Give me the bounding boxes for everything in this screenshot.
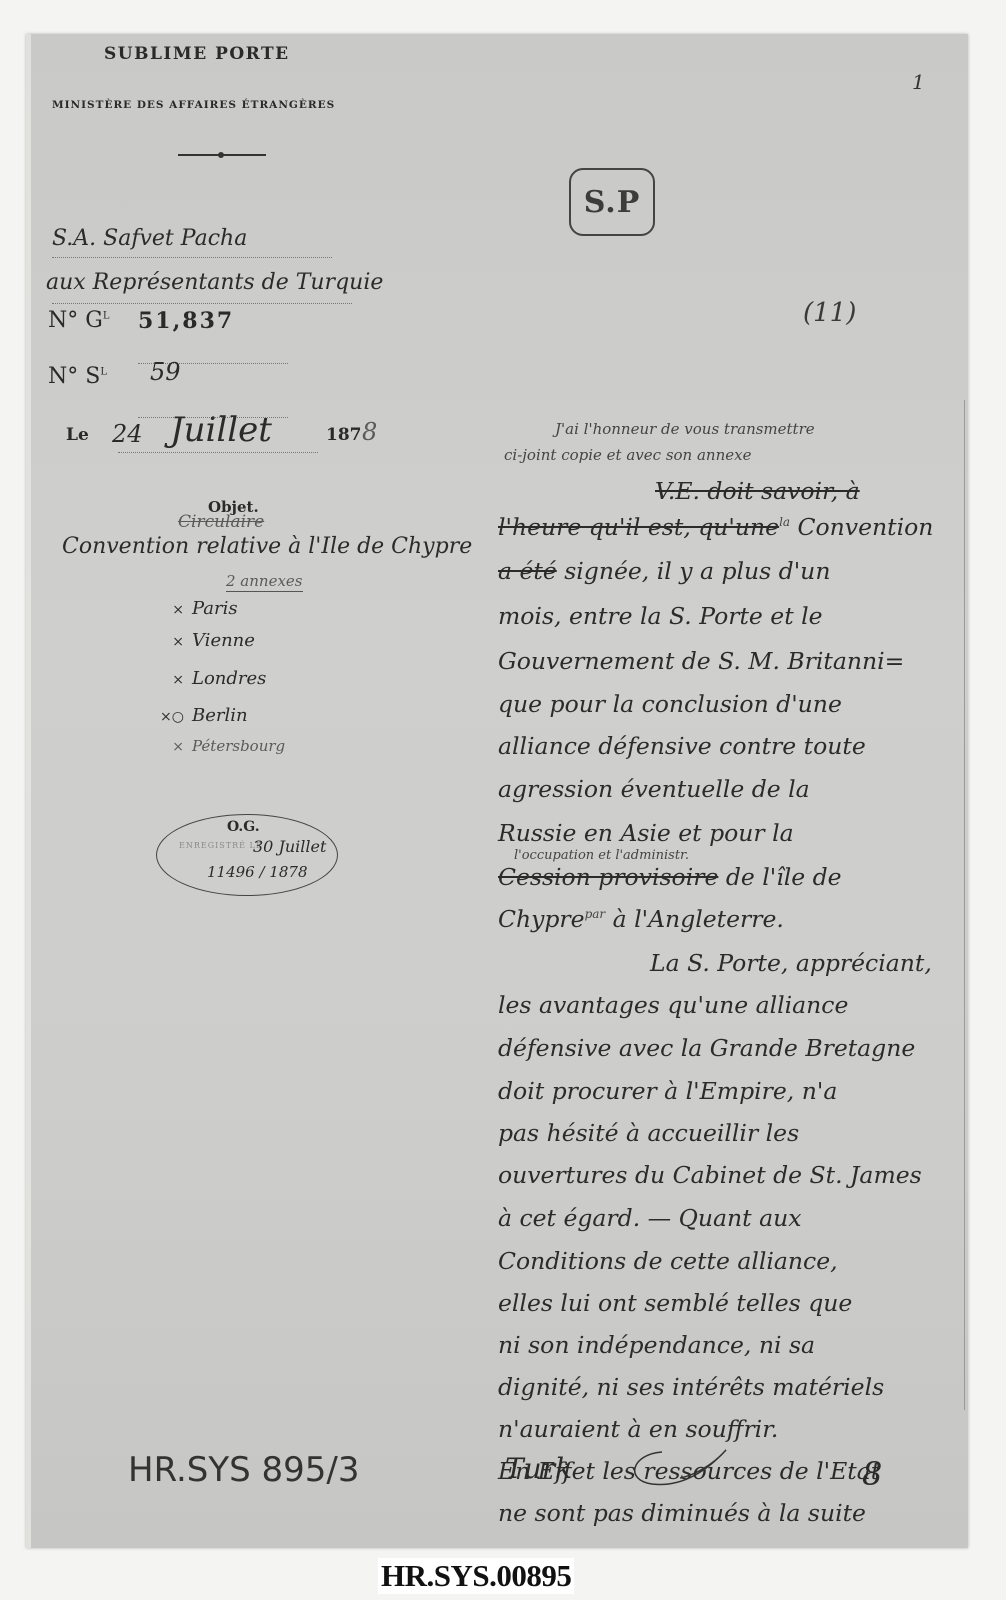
general-number-label: N° GL	[48, 308, 109, 333]
circular-text: Circulaire	[178, 512, 264, 532]
letter-line: ouvertures du Cabinet de St. James	[498, 1164, 922, 1188]
destination-city: Vienne	[192, 630, 255, 651]
destination-item: ×Pétersbourg	[150, 737, 285, 755]
destination-mark: ×	[150, 602, 184, 618]
letter-line: V.E. doit savoir, à	[655, 480, 860, 504]
letter-line: a été signée, il y a plus d'un	[498, 560, 830, 584]
annexes-note: 2 annexes	[226, 572, 303, 592]
document-sheet	[26, 34, 968, 1548]
date-day: 24	[112, 420, 143, 448]
sp-stamp-text: S.P	[584, 185, 641, 220]
letter-line: Cession provisoire de l'île de	[498, 866, 842, 890]
date-line	[118, 452, 318, 453]
letterhead-ministry: MINISTÈRE DES AFFAIRES ÉTRANGÈRES	[52, 99, 335, 111]
date-year-printed: 187	[326, 425, 362, 445]
general-number-value: 51,837	[138, 308, 234, 334]
letterhead-title: SUBLIME PORTE	[104, 44, 290, 64]
recipient-line	[52, 303, 352, 304]
letter-line-struck: a été	[498, 557, 557, 585]
letter-line: pas hésité à accueillir les	[498, 1122, 799, 1146]
letter-line: agression éventuelle de la	[498, 778, 810, 802]
sender-field: S.A. Safvet Pacha	[52, 226, 247, 251]
subject-line: Convention relative à l'Ile de Chypre	[62, 534, 472, 559]
destination-item: ×Londres	[150, 668, 266, 689]
destination-item: ×Paris	[150, 598, 238, 619]
date-month: Juillet	[170, 410, 272, 450]
destination-mark: ×	[150, 739, 184, 755]
letter-line: ci-joint copie et avec son annexe	[504, 446, 751, 464]
letter-line: n'auraient à en souffrir.	[498, 1418, 778, 1442]
destination-city: Londres	[192, 668, 266, 689]
right-margin-rule	[964, 400, 965, 1410]
registry-stamp: O.G. ENREGISTRÉ LE 30 Juillet 11496 / 18…	[156, 814, 338, 896]
special-number-label-text: N° S	[48, 364, 100, 389]
signature-word: Turk	[505, 1452, 572, 1485]
sp-stamp: S.P	[569, 168, 655, 236]
letter-line: Conditions de cette alliance,	[498, 1250, 838, 1274]
letter-line: mois, entre la S. Porte et le	[498, 605, 823, 629]
folio-number: 8	[862, 1455, 882, 1493]
letter-line-struck: Cession provisoire	[498, 863, 718, 891]
special-number-label: N° SL	[48, 364, 107, 389]
letter-insertion: la	[779, 515, 790, 529]
archive-reference: HR.SYS.00895	[378, 1558, 574, 1594]
letter-line: dignité, ni ses intérêts matériels	[498, 1376, 884, 1400]
registry-stamp-faded-text: ENREGISTRÉ LE	[179, 841, 263, 850]
letter-line: elles lui ont semblé telles que	[498, 1292, 852, 1316]
letter-line-continuation: à l'Angleterre.	[605, 905, 784, 933]
margin-annotation: (11)	[803, 298, 856, 328]
date-label: Le	[66, 425, 89, 445]
letter-line: Russie en Asie et pour la	[498, 822, 794, 846]
registry-stamp-number: 11496 / 1878	[207, 863, 307, 881]
letter-insertion: l'occupation et l'administr.	[514, 848, 689, 863]
general-number-label-text: N° G	[48, 308, 103, 333]
letter-line: ne sont pas diminués à la suite	[498, 1502, 866, 1526]
sender-line	[52, 257, 332, 258]
destination-city: Paris	[192, 598, 238, 619]
letter-insertion: par	[585, 907, 606, 921]
special-number-value: 59	[150, 358, 181, 386]
ornament-divider-icon	[178, 152, 266, 158]
recipient-field: aux Représentants de Turquie	[46, 270, 383, 295]
destination-item: ×Vienne	[150, 630, 255, 651]
letter-line: à cet égard. — Quant aux	[498, 1207, 801, 1231]
letter-line: défensive avec la Grande Bretagne	[498, 1037, 915, 1061]
letter-line: les avantages qu'une alliance	[498, 994, 848, 1018]
date-year-handwritten: 8	[362, 418, 377, 446]
circular-note: Circulaire	[178, 512, 264, 532]
letter-line: ni son indépendance, ni sa	[498, 1334, 815, 1358]
letter-line-struck: l'heure qu'il est, qu'une	[498, 513, 779, 541]
destination-mark: ×	[150, 672, 184, 688]
letter-line-continuation: de l'île de	[718, 863, 841, 891]
letter-line: alliance défensive contre toute	[498, 735, 866, 759]
letter-line: doit procurer à l'Empire, n'a	[498, 1080, 837, 1104]
special-number-sup: L	[100, 367, 107, 378]
destination-city: Berlin	[192, 705, 248, 726]
letter-line: Chyprepar à l'Angleterre.	[498, 908, 784, 932]
signature-flourish-icon	[622, 1446, 732, 1488]
letter-line-continuation: signée, il y a plus d'un	[557, 557, 831, 585]
letter-line: La S. Porte, appréciant,	[650, 952, 932, 976]
letter-line: Gouvernement de S. M. Britanni=	[498, 650, 904, 674]
page-number: 1	[912, 70, 925, 94]
destination-mark: ×	[150, 634, 184, 650]
registry-stamp-code: O.G.	[227, 819, 260, 835]
handwritten-shelfmark: HR.SYS 895/3	[128, 1450, 360, 1490]
letter-line-text: Chypre	[498, 905, 585, 933]
letter-line-continuation: Convention	[790, 513, 933, 541]
letter-line-struck: V.E. doit savoir, à	[655, 477, 860, 505]
letter-line: l'heure qu'il est, qu'unela Convention	[498, 516, 933, 540]
letter-line: J'ai l'honneur de vous transmettre	[555, 420, 815, 438]
destination-mark: ×○	[150, 709, 184, 725]
general-number-sup: L	[103, 311, 110, 322]
destination-city: Pétersbourg	[192, 737, 285, 755]
destination-item: ×○Berlin	[150, 705, 248, 726]
letter-line: que pour la conclusion d'une	[498, 693, 842, 717]
registry-stamp-date: 30 Juillet	[253, 837, 326, 856]
